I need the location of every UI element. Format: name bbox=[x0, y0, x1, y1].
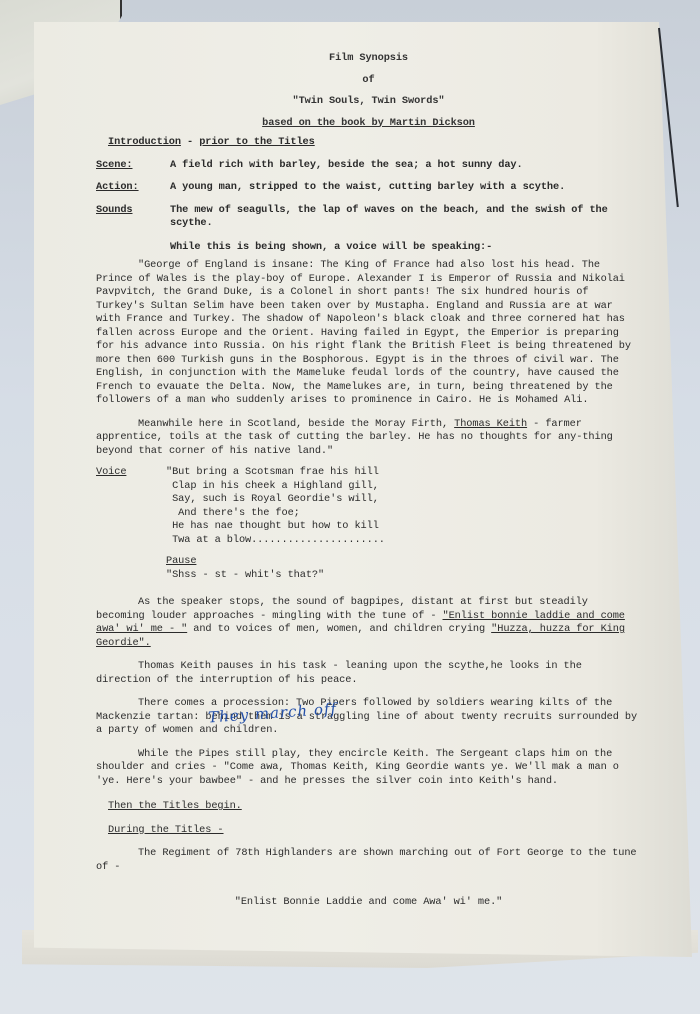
intro-heading-part2: prior to the Titles bbox=[199, 136, 315, 148]
titles-begin: Then the Titles begin. bbox=[108, 800, 641, 814]
poem: "But bring a Scotsman frae his hill Clap… bbox=[166, 466, 385, 547]
pause-label: Pause bbox=[166, 555, 641, 569]
voice-intro: While this is being shown, a voice will … bbox=[170, 241, 641, 255]
action-label: Action: bbox=[96, 181, 170, 195]
pause-line: "Shss - st - whit's that?" bbox=[166, 569, 641, 583]
action-text: A young man, stripped to the waist, cutt… bbox=[170, 181, 641, 195]
poem-line: Twa at a blow...................... bbox=[166, 534, 385, 548]
poem-line: Clap in his cheek a Highland gill, bbox=[166, 480, 385, 494]
pause-paragraph: Thomas Keith pauses in his task - leanin… bbox=[96, 660, 641, 687]
bagpipes-paragraph: As the speaker stops, the sound of bagpi… bbox=[96, 596, 641, 650]
intro-heading: Introduction - prior to the Titles bbox=[108, 136, 641, 150]
title-of: of bbox=[96, 74, 641, 88]
thomas-keith-name: Thomas Keith bbox=[454, 418, 527, 430]
intro-heading-part1: Introduction bbox=[108, 136, 181, 148]
sounds-label: Sounds bbox=[96, 204, 170, 231]
sounds-text: The mew of seagulls, the lap of waves on… bbox=[170, 204, 641, 231]
pause-block: Pause "Shss - st - whit's that?" bbox=[166, 555, 641, 582]
encircle-paragraph: While the Pipes still play, they encircl… bbox=[96, 748, 641, 789]
based-on-line: based on the book by Martin Dickson bbox=[96, 117, 641, 131]
poem-line: "But bring a Scotsman frae his hill bbox=[166, 466, 385, 480]
speech-paragraph-2: Meanwhile here in Scotland, beside the M… bbox=[96, 418, 641, 459]
film-title: "Twin Souls, Twin Swords" bbox=[96, 95, 641, 109]
action-row: Action: A young man, stripped to the wai… bbox=[96, 181, 641, 195]
poem-line: And there's the foe; bbox=[166, 507, 385, 521]
poem-line: He has nae thought but how to kill bbox=[166, 520, 385, 534]
scene-label: Scene: bbox=[96, 159, 170, 173]
during-titles: During the Titles - bbox=[108, 824, 641, 838]
speech-paragraph-1: "George of England is insane: The King o… bbox=[96, 259, 641, 408]
document-title: Film Synopsis bbox=[96, 52, 641, 66]
voice-block: Voice "But bring a Scotsman frae his hil… bbox=[96, 466, 641, 547]
closing-quote: "Enlist Bonnie Laddie and come Awa' wi' … bbox=[96, 896, 641, 910]
voice-label: Voice bbox=[96, 466, 166, 547]
regiment-paragraph: The Regiment of 78th Highlanders are sho… bbox=[96, 847, 641, 874]
scene-text: A field rich with barley, beside the sea… bbox=[170, 159, 641, 173]
scene-row: Scene: A field rich with barley, beside … bbox=[96, 159, 641, 173]
speech-text: Meanwhile here in Scotland, beside the M… bbox=[138, 418, 454, 430]
document-body: Film Synopsis of "Twin Souls, Twin Sword… bbox=[96, 52, 641, 910]
poem-line: Say, such is Royal Geordie's will, bbox=[166, 493, 385, 507]
intro-heading-sep: - bbox=[181, 136, 199, 148]
procession-paragraph: There comes a procession: Two Pipers fol… bbox=[96, 697, 641, 738]
sounds-row: Sounds The mew of seagulls, the lap of w… bbox=[96, 204, 641, 231]
paragraph-text: and to voices of men, women, and childre… bbox=[187, 623, 491, 635]
